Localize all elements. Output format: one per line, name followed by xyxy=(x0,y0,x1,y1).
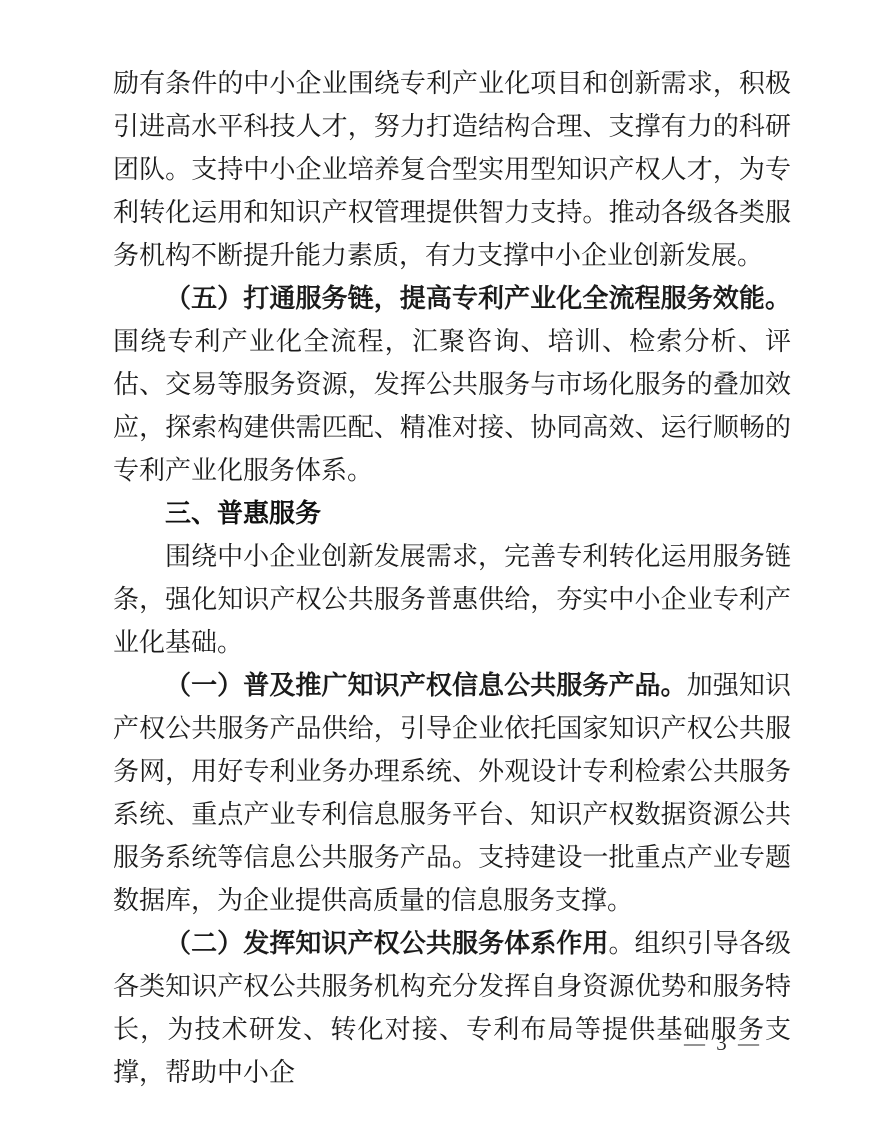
heading-section3-inclusive-services: 三、普惠服务 xyxy=(113,492,791,535)
text-run: 围绕专利产业化全流程，汇聚咨询、培训、检索分析、评估、交易等服务资源，发挥公共服… xyxy=(113,327,791,485)
text-run: 励有条件的中小企业围绕专利产业化项目和创新需求，积极引进高水平科技人才，努力打造… xyxy=(113,69,791,270)
para-continuation-talent-support: 励有条件的中小企业围绕专利产业化项目和创新需求，积极引进高水平科技人才，努力打造… xyxy=(113,62,791,277)
text-run: 三、普惠服务 xyxy=(165,498,321,528)
document-page: 励有条件的中小企业围绕专利产业化项目和创新需求，积极引进高水平科技人才，努力打造… xyxy=(0,0,883,1141)
document-body: 励有条件的中小企业围绕专利产业化项目和创新需求，积极引进高水平科技人才，努力打造… xyxy=(113,62,791,1094)
text-run: 围绕中小企业创新发展需求，完善专利转化运用服务链条，强化知识产权公共服务普惠供给… xyxy=(113,542,791,657)
text-run: （一）普及推广知识产权信息公共服务产品。 xyxy=(165,671,687,700)
para-item2-public-service-system: （二）发挥知识产权公共服务体系作用。组织引导各级各类知识产权公共服务机构充分发挥… xyxy=(113,922,791,1094)
para-item5-service-chain: （五）打通服务链，提高专利产业化全流程服务效能。围绕专利产业化全流程，汇聚咨询、… xyxy=(113,277,791,492)
page-number: — 3 — xyxy=(684,1030,762,1056)
para-section3-intro: 围绕中小企业创新发展需求，完善专利转化运用服务链条，强化知识产权公共服务普惠供给… xyxy=(113,535,791,664)
para-item1-public-service-products: （一）普及推广知识产权信息公共服务产品。加强知识产权公共服务产品供给，引导企业依… xyxy=(113,664,791,922)
text-run: 加强知识产权公共服务产品供给，引导企业依托国家知识产权公共服务网，用好专利业务办… xyxy=(113,671,791,915)
text-run: （五）打通服务链，提高专利产业化全流程服务效能。 xyxy=(165,284,791,313)
text-run: （二）发挥知识产权公共服务体系作用 xyxy=(165,929,608,958)
